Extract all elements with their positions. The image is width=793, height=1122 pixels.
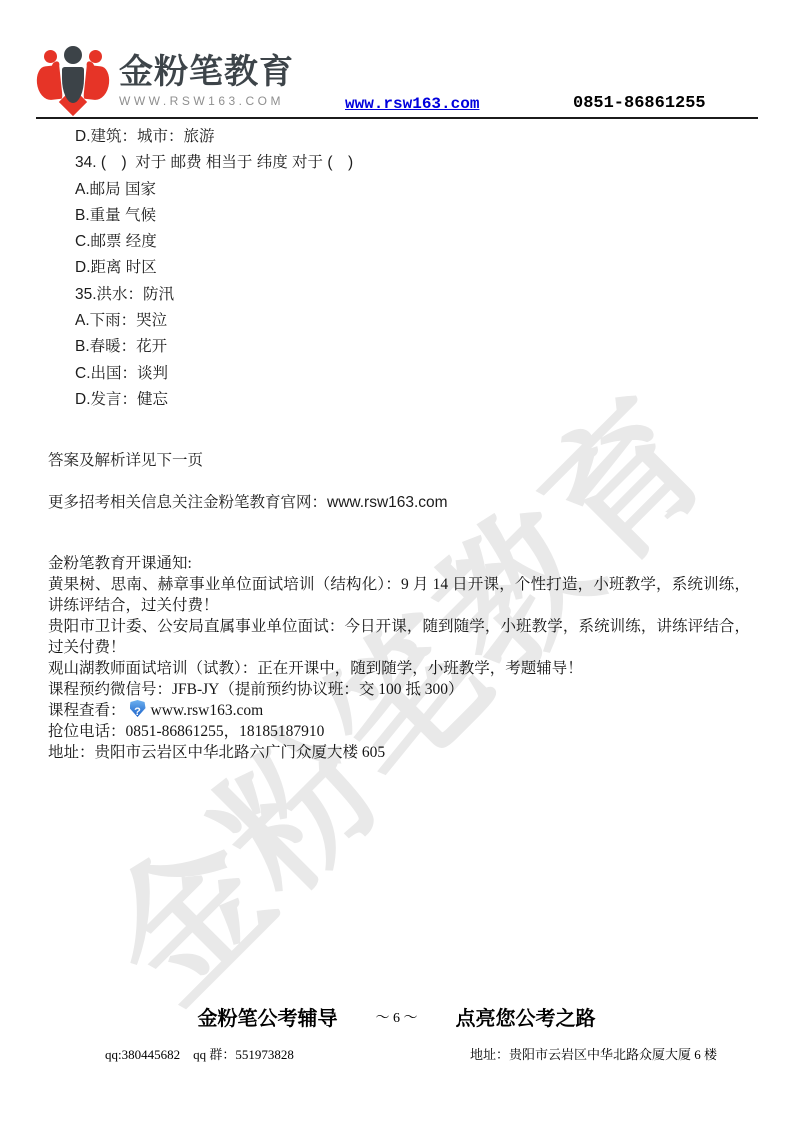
question-stem-line: 35.洪水：防汛 <box>75 282 353 308</box>
course-notice-section: 金粉笔教育开课通知: 黄果树、思南、赫章事业单位面试培训（结构化）：9 月 14… <box>48 553 750 763</box>
question-stem-line: 34. ( ) 对于 邮费 相当于 纬度 对于 ( ) <box>75 150 353 176</box>
question-option-line: A.下雨：哭泣 <box>75 308 353 334</box>
question-option-line: B.春暖：花开 <box>75 334 353 360</box>
logo[interactable]: 金粉笔教育 WWW.RSW163.COM <box>35 46 294 114</box>
brand-url: WWW.RSW163.COM <box>119 94 294 108</box>
course-view-url[interactable]: www.rsw163.com <box>151 702 264 719</box>
footer-qq-info: qq:380445682 qq 群：551973828 <box>105 1044 294 1063</box>
question-option-line: D.发言：健忘 <box>75 387 353 413</box>
question-option-line: B.重量 气候 <box>75 203 353 229</box>
answers-next-page-note: 答案及解析详见下一页 <box>48 448 203 470</box>
question-option-line: D.距离 时区 <box>75 255 353 281</box>
notice-title: 金粉笔教育开课通知: <box>48 553 750 574</box>
wechat-booking-line: 课程预约微信号：JFB-JY（提前预约协议班：交 100 抵 300） <box>48 679 750 700</box>
notice-paragraph: 黄果树、思南、赫章事业单位面试培训（结构化）：9 月 14 日开课，个性打造，小… <box>48 574 750 616</box>
question-option-line: A.邮局 国家 <box>75 177 353 203</box>
header-phone-number: 0851-86861255 <box>573 94 706 113</box>
document-page: 金粉笔教育 金粉笔教育 WWW.RSW163.COM www.rsw163.co… <box>0 0 793 1122</box>
header-divider <box>36 117 758 119</box>
brand-name: 金粉笔教育 <box>119 54 294 91</box>
notice-paragraph: 观山湖教师面试培训（试教）：正在开课中，随到随学，小班教学，考题辅导！ <box>48 658 750 679</box>
more-info-note: 更多招考相关信息关注金粉笔教育官网：www.rsw163.com <box>48 490 448 512</box>
course-view-label: 课程查看： <box>48 702 126 719</box>
question-option-line: D.建筑：城市：旅游 <box>75 124 353 150</box>
footer-banner: 金粉笔公考辅导 ～ 6 ～ 点亮您公考之路 <box>0 1002 793 1031</box>
question-option-line: C.出国：谈判 <box>75 361 353 387</box>
question-option-line: C.邮票 经度 <box>75 229 353 255</box>
footer-slogan: 点亮您公考之路 <box>456 1002 596 1031</box>
address-line: 地址：贵阳市云岩区中华北路六广门众厦大楼 605 <box>48 742 750 763</box>
notice-paragraph: 贵阳市卫计委、公安局直属事业单位面试：今日开课，随到随学，小班教学，系统训练，讲… <box>48 616 750 658</box>
footer-address: 地址：贵阳市云岩区中华北路众厦大厦 6 楼 <box>470 1044 717 1063</box>
header-website-link[interactable]: www.rsw163.com <box>345 95 479 113</box>
course-view-line: 课程查看：?www.rsw163.com <box>48 700 750 721</box>
questions-section: D.建筑：城市：旅游 34. ( ) 对于 邮费 相当于 纬度 对于 ( ) A… <box>75 124 353 413</box>
footer-contact-row: qq:380445682 qq 群：551973828 地址：贵阳市云岩区中华北… <box>105 1044 717 1063</box>
page-number: ～ 6 ～ <box>376 1007 418 1027</box>
question-shield-icon: ? <box>130 700 146 717</box>
footer-brand: 金粉笔公考辅导 <box>198 1002 338 1031</box>
hotline-line: 抢位电话：0851-86861255，18185187910 <box>48 721 750 742</box>
logo-people-icon <box>35 46 111 114</box>
